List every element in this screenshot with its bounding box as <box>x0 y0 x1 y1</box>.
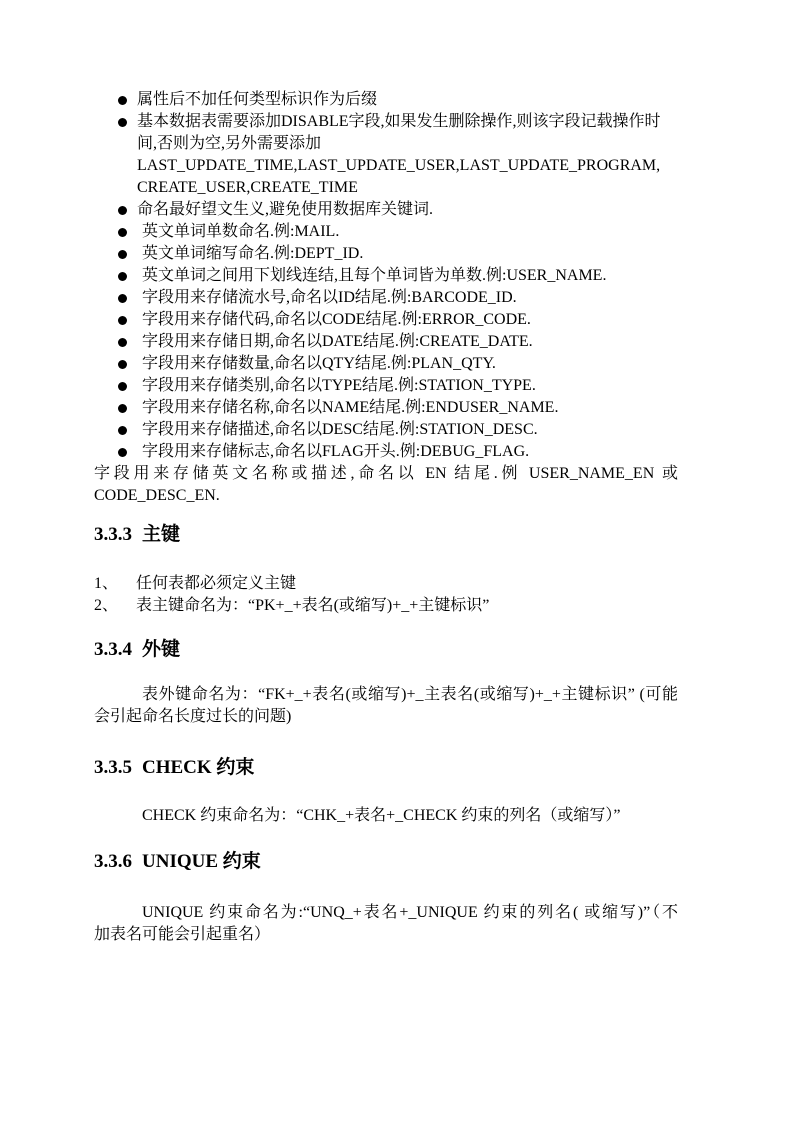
section-number: 3.3.4 <box>94 639 132 660</box>
numbered-item: 1、 任何表都必须定义主键 <box>94 573 678 595</box>
list-item-text: 字段用来存储日期,命名以DATE结尾.例:CREATE_DATE. <box>137 331 678 353</box>
item-text: 任何表都必须定义主键 <box>136 573 678 595</box>
list-item-text: 字段用来存储代码,命名以CODE结尾.例:ERROR_CODE. <box>137 309 678 331</box>
bullet-icon <box>118 272 127 281</box>
section-heading-unique-constraint: 3.3.6UNIQUE 约束 <box>94 850 678 874</box>
list-item: 字段用来存储名称,命名以NAME结尾.例:ENDUSER_NAME. <box>94 397 678 419</box>
section-heading-primary-key: 3.3.3主键 <box>94 523 678 547</box>
list-item-text: 字段用来存储标志,命名以FLAG开头.例:DEBUG_FLAG. <box>137 441 678 463</box>
list-item-text: CREATE_USER,CREATE_TIME <box>137 177 678 199</box>
bullet-icon <box>118 228 127 237</box>
bullet-icon <box>118 404 127 413</box>
list-item: 字段用来存储标志,命名以FLAG开头.例:DEBUG_FLAG. <box>94 441 678 463</box>
paragraph-line: 表外键命名为：“FK+_+表名(或缩写)+_主表名(或缩写)+_+主键标识” (… <box>94 684 678 706</box>
list-item: 英文单词缩写命名.例:DEPT_ID. <box>94 243 678 265</box>
section-number: 3.3.5 <box>94 757 132 778</box>
bullet-icon <box>118 382 127 391</box>
bullet-icon <box>118 294 127 303</box>
list-item-text: 英文单词单数命名.例:MAIL. <box>137 221 678 243</box>
list-item: 基本数据表需要添加DISABLE字段,如果发生删除操作,则该字段记载操作时 间,… <box>94 111 678 199</box>
bullet-icon <box>118 360 127 369</box>
list-item: 命名最好望文生义,避免使用数据库关键词. <box>94 199 678 221</box>
list-item: 英文单词单数命名.例:MAIL. <box>94 221 678 243</box>
numbered-item: 2、 表主键命名为：“PK+_+表名(或缩写)+_+主键标识” <box>94 595 678 617</box>
paragraph-line: 加表名可能会引起重名） <box>94 924 678 946</box>
section-title: 主键 <box>142 524 180 545</box>
list-item-text: LAST_UPDATE_TIME,LAST_UPDATE_USER,LAST_U… <box>137 155 678 177</box>
section-title: UNIQUE 约束 <box>142 851 261 872</box>
item-number: 1、 <box>94 573 118 595</box>
list-item: 字段用来存储日期,命名以DATE结尾.例:CREATE_DATE. <box>94 331 678 353</box>
section-heading-foreign-key: 3.3.4外键 <box>94 638 678 662</box>
document-page: 属性后不加任何类型标识作为后缀 基本数据表需要添加DISABLE字段,如果发生删… <box>0 0 793 1122</box>
section-heading-check-constraint: 3.3.5CHECK 约束 <box>94 756 678 780</box>
unique-constraint-paragraph: UNIQUE 约束命名为:“UNQ_+表名+_UNIQUE 约束的列名( 或缩写… <box>94 902 678 946</box>
paragraph-line: 字段用来存储英文名称或描述,命名以 EN 结尾.例 USER_NAME_EN 或 <box>94 463 678 485</box>
list-item-text: 命名最好望文生义,避免使用数据库关键词. <box>137 199 678 221</box>
paragraph-line: UNIQUE 约束命名为:“UNQ_+表名+_UNIQUE 约束的列名( 或缩写… <box>94 902 678 924</box>
bullet-icon <box>118 118 127 127</box>
paragraph-line: 会引起命名长度过长的问题) <box>94 706 678 728</box>
section-title: 外键 <box>142 639 180 660</box>
section-title: CHECK 约束 <box>142 757 254 778</box>
paragraph-line: CODE_DESC_EN. <box>94 485 678 507</box>
field-naming-rules-list: 属性后不加任何类型标识作为后缀 基本数据表需要添加DISABLE字段,如果发生删… <box>94 89 678 463</box>
list-item-text: 字段用来存储描述,命名以DESC结尾.例:STATION_DESC. <box>137 419 678 441</box>
list-item: 属性后不加任何类型标识作为后缀 <box>94 89 678 111</box>
section-number: 3.3.3 <box>94 524 132 545</box>
list-item-text: 属性后不加任何类型标识作为后缀 <box>137 89 678 111</box>
list-item-text: 字段用来存储类别,命名以TYPE结尾.例:STATION_TYPE. <box>137 375 678 397</box>
bullet-icon <box>118 206 127 215</box>
list-item: 英文单词之间用下划线连结,且每个单词皆为单数.例:USER_NAME. <box>94 265 678 287</box>
item-text: 表主键命名为：“PK+_+表名(或缩写)+_+主键标识” <box>136 595 678 617</box>
paragraph-line: CHECK 约束命名为：“CHK_+表名+_CHECK 约束的列名（或缩写）” <box>94 805 678 827</box>
bullet-icon <box>118 316 127 325</box>
bullet-icon <box>118 250 127 259</box>
list-item: 字段用来存储描述,命名以DESC结尾.例:STATION_DESC. <box>94 419 678 441</box>
item-number: 2、 <box>94 595 118 617</box>
en-suffix-note: 字段用来存储英文名称或描述,命名以 EN 结尾.例 USER_NAME_EN 或… <box>94 463 678 507</box>
list-item-text: 字段用来存储数量,命名以QTY结尾.例:PLAN_QTY. <box>137 353 678 375</box>
list-item-text: 间,否则为空,另外需要添加 <box>137 133 678 155</box>
list-item-text: 英文单词之间用下划线连结,且每个单词皆为单数.例:USER_NAME. <box>137 265 678 287</box>
list-item: 字段用来存储流水号,命名以ID结尾.例:BARCODE_ID. <box>94 287 678 309</box>
list-item: 字段用来存储类别,命名以TYPE结尾.例:STATION_TYPE. <box>94 375 678 397</box>
bullet-icon <box>118 448 127 457</box>
list-item-text: 英文单词缩写命名.例:DEPT_ID. <box>137 243 678 265</box>
bullet-icon <box>118 426 127 435</box>
list-item-text: 基本数据表需要添加DISABLE字段,如果发生删除操作,则该字段记载操作时 <box>137 111 678 133</box>
list-item: 字段用来存储代码,命名以CODE结尾.例:ERROR_CODE. <box>94 309 678 331</box>
section-number: 3.3.6 <box>94 851 132 872</box>
bullet-icon <box>118 96 127 105</box>
list-item-text: 字段用来存储名称,命名以NAME结尾.例:ENDUSER_NAME. <box>137 397 678 419</box>
primary-key-rules-list: 1、 任何表都必须定义主键 2、 表主键命名为：“PK+_+表名(或缩写)+_+… <box>94 573 678 617</box>
bullet-icon <box>118 338 127 347</box>
foreign-key-paragraph: 表外键命名为：“FK+_+表名(或缩写)+_主表名(或缩写)+_+主键标识” (… <box>94 684 678 728</box>
check-constraint-paragraph: CHECK 约束命名为：“CHK_+表名+_CHECK 约束的列名（或缩写）” <box>94 805 678 827</box>
list-item: 字段用来存储数量,命名以QTY结尾.例:PLAN_QTY. <box>94 353 678 375</box>
list-item-text: 字段用来存储流水号,命名以ID结尾.例:BARCODE_ID. <box>137 287 678 309</box>
